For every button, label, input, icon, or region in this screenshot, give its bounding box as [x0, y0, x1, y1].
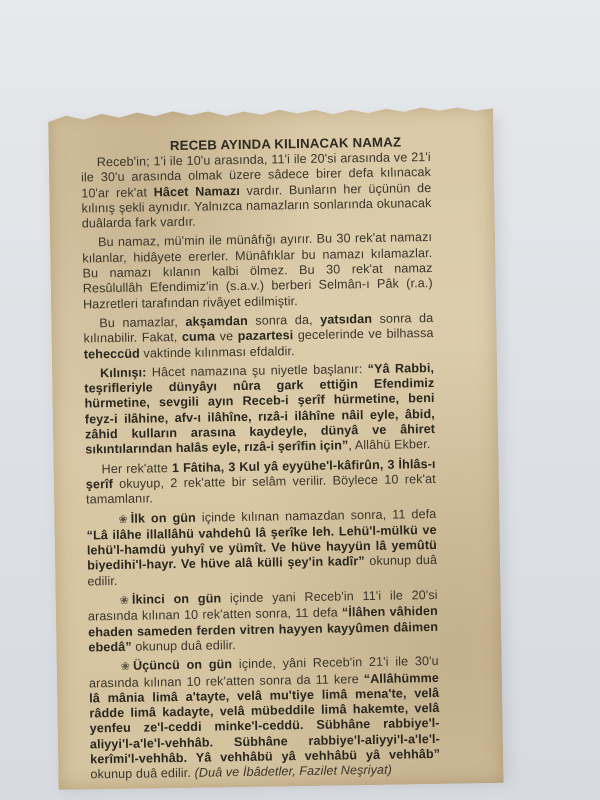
bold-text: yatsıdan	[320, 312, 372, 327]
source-citation: (Duâ ve İbâdetler, Fazilet Neşriyat)	[194, 763, 392, 780]
article: RECEB AYINDA KILINACAK NAMAZ Receb'in; 1…	[80, 134, 440, 787]
paragraph-timing: Bu namazlar, akşamdan sonra da, yatsıdan…	[83, 311, 434, 362]
paragraph-intro: Receb'in; 1'i ile 10'u arasında, 11'i il…	[81, 150, 432, 232]
article-body: Receb'in; 1'i ile 10'u arasında, 11'i il…	[81, 150, 441, 783]
flower-bullet-icon: ❀	[105, 660, 131, 676]
newspaper-clipping: RECEB AYINDA KILINACAK NAMAZ Receb'in; 1…	[48, 105, 504, 790]
text: Bu namaz, mü'min ile münâfığı ayırır. Bu…	[82, 230, 433, 311]
bold-text: pazartesi	[238, 328, 294, 343]
bold-text: İkinci on gün	[132, 591, 221, 606]
text: , Allâhü Ekber.	[348, 437, 430, 452]
text: okunup duâ edilir.	[90, 766, 194, 782]
bold-text: cuma	[182, 330, 216, 345]
text: vaktinde kılınması efdaldir.	[140, 344, 295, 360]
bold-text: Üçüncü on gün	[133, 657, 232, 673]
bold-text: İlk on gün	[131, 510, 196, 525]
text: sonra da,	[248, 313, 321, 328]
paragraph-first-ten: ❀İlk on gün içinde kılınan namazdan sonr…	[86, 506, 437, 589]
paragraph-second-ten: ❀İkinci on gün içinde yani Receb'in 11'i…	[88, 588, 439, 656]
text: Bu namazlar,	[99, 315, 185, 330]
text: Her rek'atte	[102, 461, 173, 476]
paragraph-third-ten: ❀Üçüncü on gün içinde, yâni Receb'in 21'…	[89, 654, 441, 783]
paragraph-virtue: Bu namaz, mü'min ile münâfığı ayırır. Bu…	[82, 230, 433, 312]
bold-text: Hâcet Namazı	[154, 184, 240, 199]
paragraph-rakat: Her rek'atte 1 Fâtiha, 3 Kul yâ eyyühe'l…	[86, 457, 437, 508]
text: gecelerinde ve bilhassa	[293, 326, 433, 342]
flower-bullet-icon: ❀	[102, 512, 128, 528]
text: ve	[215, 329, 238, 343]
flower-bullet-icon: ❀	[104, 594, 130, 610]
text: içinde kılınan namazdan sonra, 11 defa	[196, 506, 437, 524]
bold-text: Kılınışı:	[100, 365, 147, 380]
text: okuyup, 2 rek'atte bir selâm verilir. Bö…	[86, 472, 436, 507]
bold-text: teheccüd	[84, 346, 140, 361]
text: okunup duâ edilir.	[132, 638, 236, 654]
paragraph-how: Kılınışı: Hâcet namazına şu niyetle başl…	[84, 361, 435, 458]
bold-text: akşamdan	[185, 314, 248, 329]
